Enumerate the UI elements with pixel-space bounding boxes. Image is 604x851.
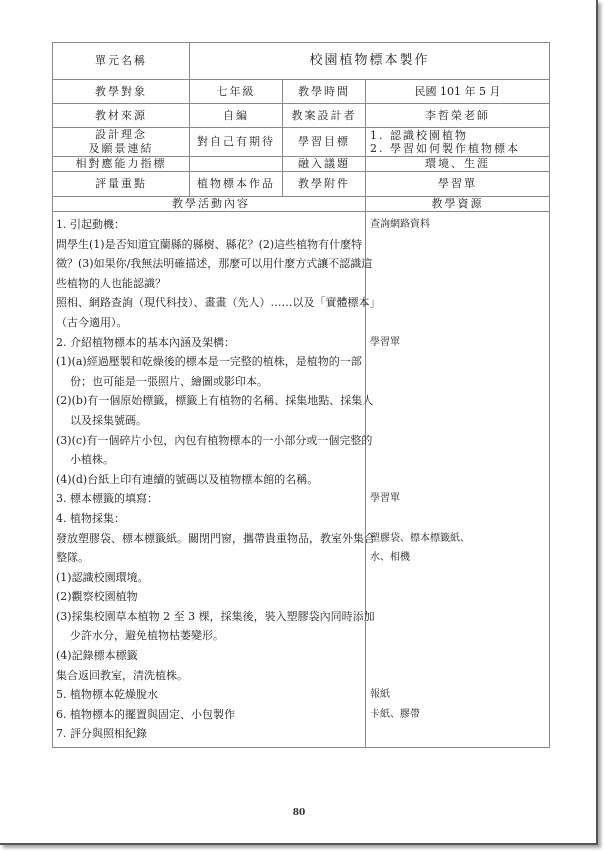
resource-line: 學習單 [370, 333, 545, 353]
resource-line [370, 724, 545, 744]
time-value: 民國 101 年 5 月 [366, 80, 550, 104]
attachment-label: 教學附件 [283, 172, 366, 197]
resource-line [370, 254, 545, 274]
activity-line: 小植株。 [56, 450, 362, 470]
activity-line: (4)(d)台紙上印有連續的號碼以及植物標本館的名稱。 [56, 470, 362, 490]
resource-line: 水、相機 [370, 548, 545, 568]
activity-line: 7. 評分與照相紀錄 [56, 724, 362, 744]
audience-label: 教學對象 [53, 80, 190, 104]
resource-line [370, 411, 545, 431]
resource-line: 查詢網路資料 [370, 215, 545, 235]
activity-line: 問學生(1)是否知道宜蘭縣的縣樹、縣花？(2)這些植物有什麼特 [56, 235, 362, 255]
activity-header: 教學活動內容 [53, 197, 366, 212]
resource-line [370, 431, 545, 451]
activity-line: 5. 植物標本乾燥脫水 [56, 685, 362, 705]
designer-value: 李哲榮老師 [366, 104, 550, 128]
activity-line: (2)(b)有一個原始標籤，標籤上有植物的名稱、採集地點、採集人 [56, 391, 362, 411]
unit-name-value: 校園植物標本製作 [190, 43, 550, 80]
resource-line [370, 274, 545, 294]
activity-line: (1)認識校園環境。 [56, 568, 362, 588]
activity-line: 3. 標本標籤的填寫： [56, 489, 362, 509]
goal-label: 學習目標 [283, 128, 366, 157]
activity-line: (1)(a)經過壓製和乾燥後的標本是一完整的植株，是植物的一部 [56, 352, 362, 372]
resource-line: 學習單 [370, 489, 545, 509]
activity-line: 4. 植物採集： [56, 509, 362, 529]
activity-line: 份；也可能是一張照片、繪圖或影印本。 [56, 372, 362, 392]
topic-value: 環境、生涯 [366, 157, 550, 172]
resource-line [370, 646, 545, 666]
resource-line [370, 235, 545, 255]
document-page: 單元名稱 校園植物標本製作 教學對象 七年級 教學時間 民國 101 年 5 月… [0, 0, 598, 845]
resource-header: 教學資源 [366, 197, 550, 212]
resource-line [370, 450, 545, 470]
resource-line [370, 352, 545, 372]
concept-label-line-2: 及願景連結 [57, 142, 185, 156]
activity-line: 些植物的人也能認識？ [56, 274, 362, 294]
audience-value: 七年級 [190, 80, 283, 104]
activity-content: 1. 引起動機：問學生(1)是否知道宜蘭縣的縣樹、縣花？(2)這些植物有什麼特徵… [53, 212, 366, 748]
goal-item: 2. 學習如何製作植物標本 [370, 142, 545, 155]
lesson-plan-table: 單元名稱 校園植物標本製作 教學對象 七年級 教學時間 民國 101 年 5 月… [52, 42, 550, 748]
resource-line [370, 470, 545, 490]
activity-line: 發放塑膠袋、標本標籤紙。關閉門窗，攜帶貴重物品，教室外集合 [56, 529, 362, 549]
unit-name-label: 單元名稱 [53, 43, 190, 80]
resource-line [370, 313, 545, 333]
goal-item: 1. 認識校園植物 [370, 129, 545, 142]
resource-line: 塑膠袋、標本標籤紙、 [370, 529, 545, 549]
competency-label: 相對應能力指標 [53, 157, 190, 172]
resource-line [370, 391, 545, 411]
resource-line [370, 372, 545, 392]
attachment-value: 學習單 [366, 172, 550, 197]
resource-line: 卡紙、膠帶 [370, 705, 545, 725]
activity-line: 徵？(3)如果你/我無法明確描述，那麼可以用什麼方式讓不認識這 [56, 254, 362, 274]
activity-line: 照相、網路查詢（現代科技）、畫畫（先人）……以及「實體標本」 [56, 293, 362, 313]
resource-content: 查詢網路資料 學習單 學習單 塑膠袋、標本標籤紙、水、相機 報紙卡紙、膠帶 [366, 212, 550, 748]
activity-line: (2)觀察校園植物 [56, 587, 362, 607]
resource-line [370, 568, 545, 588]
competency-value [190, 157, 283, 172]
concept-label: 設計理念 及願景連結 [53, 128, 190, 157]
goal-list: 1. 認識校園植物 2. 學習如何製作植物標本 [366, 128, 550, 157]
concept-value: 對自己有期待 [190, 128, 283, 157]
resource-line: 報紙 [370, 685, 545, 705]
activity-line: (3)(c)有一個碎片小包，內包有植物標本的一小部分或一個完整的 [56, 431, 362, 451]
resource-line [370, 509, 545, 529]
activity-line: (4)記錄標本標籤 [56, 646, 362, 666]
resource-line [370, 293, 545, 313]
activity-line: （古今適用）。 [56, 313, 362, 333]
activity-line: 6. 植物標本的擺置與固定、小包製作 [56, 705, 362, 725]
resource-line [370, 607, 545, 627]
resource-line [370, 626, 545, 646]
activity-line: (3)採集校園草本植物 2 至 3 棵，採集後，裝入塑膠袋內同時添加 [56, 607, 362, 627]
page-number: 80 [0, 808, 598, 818]
source-label: 教材來源 [53, 104, 190, 128]
activity-line: 集合返回教室，清洗植株。 [56, 666, 362, 686]
concept-label-line-1: 設計理念 [57, 128, 185, 142]
source-value: 自編 [190, 104, 283, 128]
activity-line: 整隊。 [56, 548, 362, 568]
time-label: 教學時間 [283, 80, 366, 104]
activity-line: 以及採集號碼。 [56, 411, 362, 431]
resource-line [370, 587, 545, 607]
activity-line: 2. 介紹植物標本的基本內涵及架構： [56, 333, 362, 353]
topic-label: 融入議題 [283, 157, 366, 172]
resource-line [370, 666, 545, 686]
activity-line: 少許水分，避免植物枯萎變形。 [56, 626, 362, 646]
eval-label: 評量重點 [53, 172, 190, 197]
activity-line: 1. 引起動機： [56, 215, 362, 235]
designer-label: 教案設計者 [283, 104, 366, 128]
eval-value: 植物標本作品 [190, 172, 283, 197]
